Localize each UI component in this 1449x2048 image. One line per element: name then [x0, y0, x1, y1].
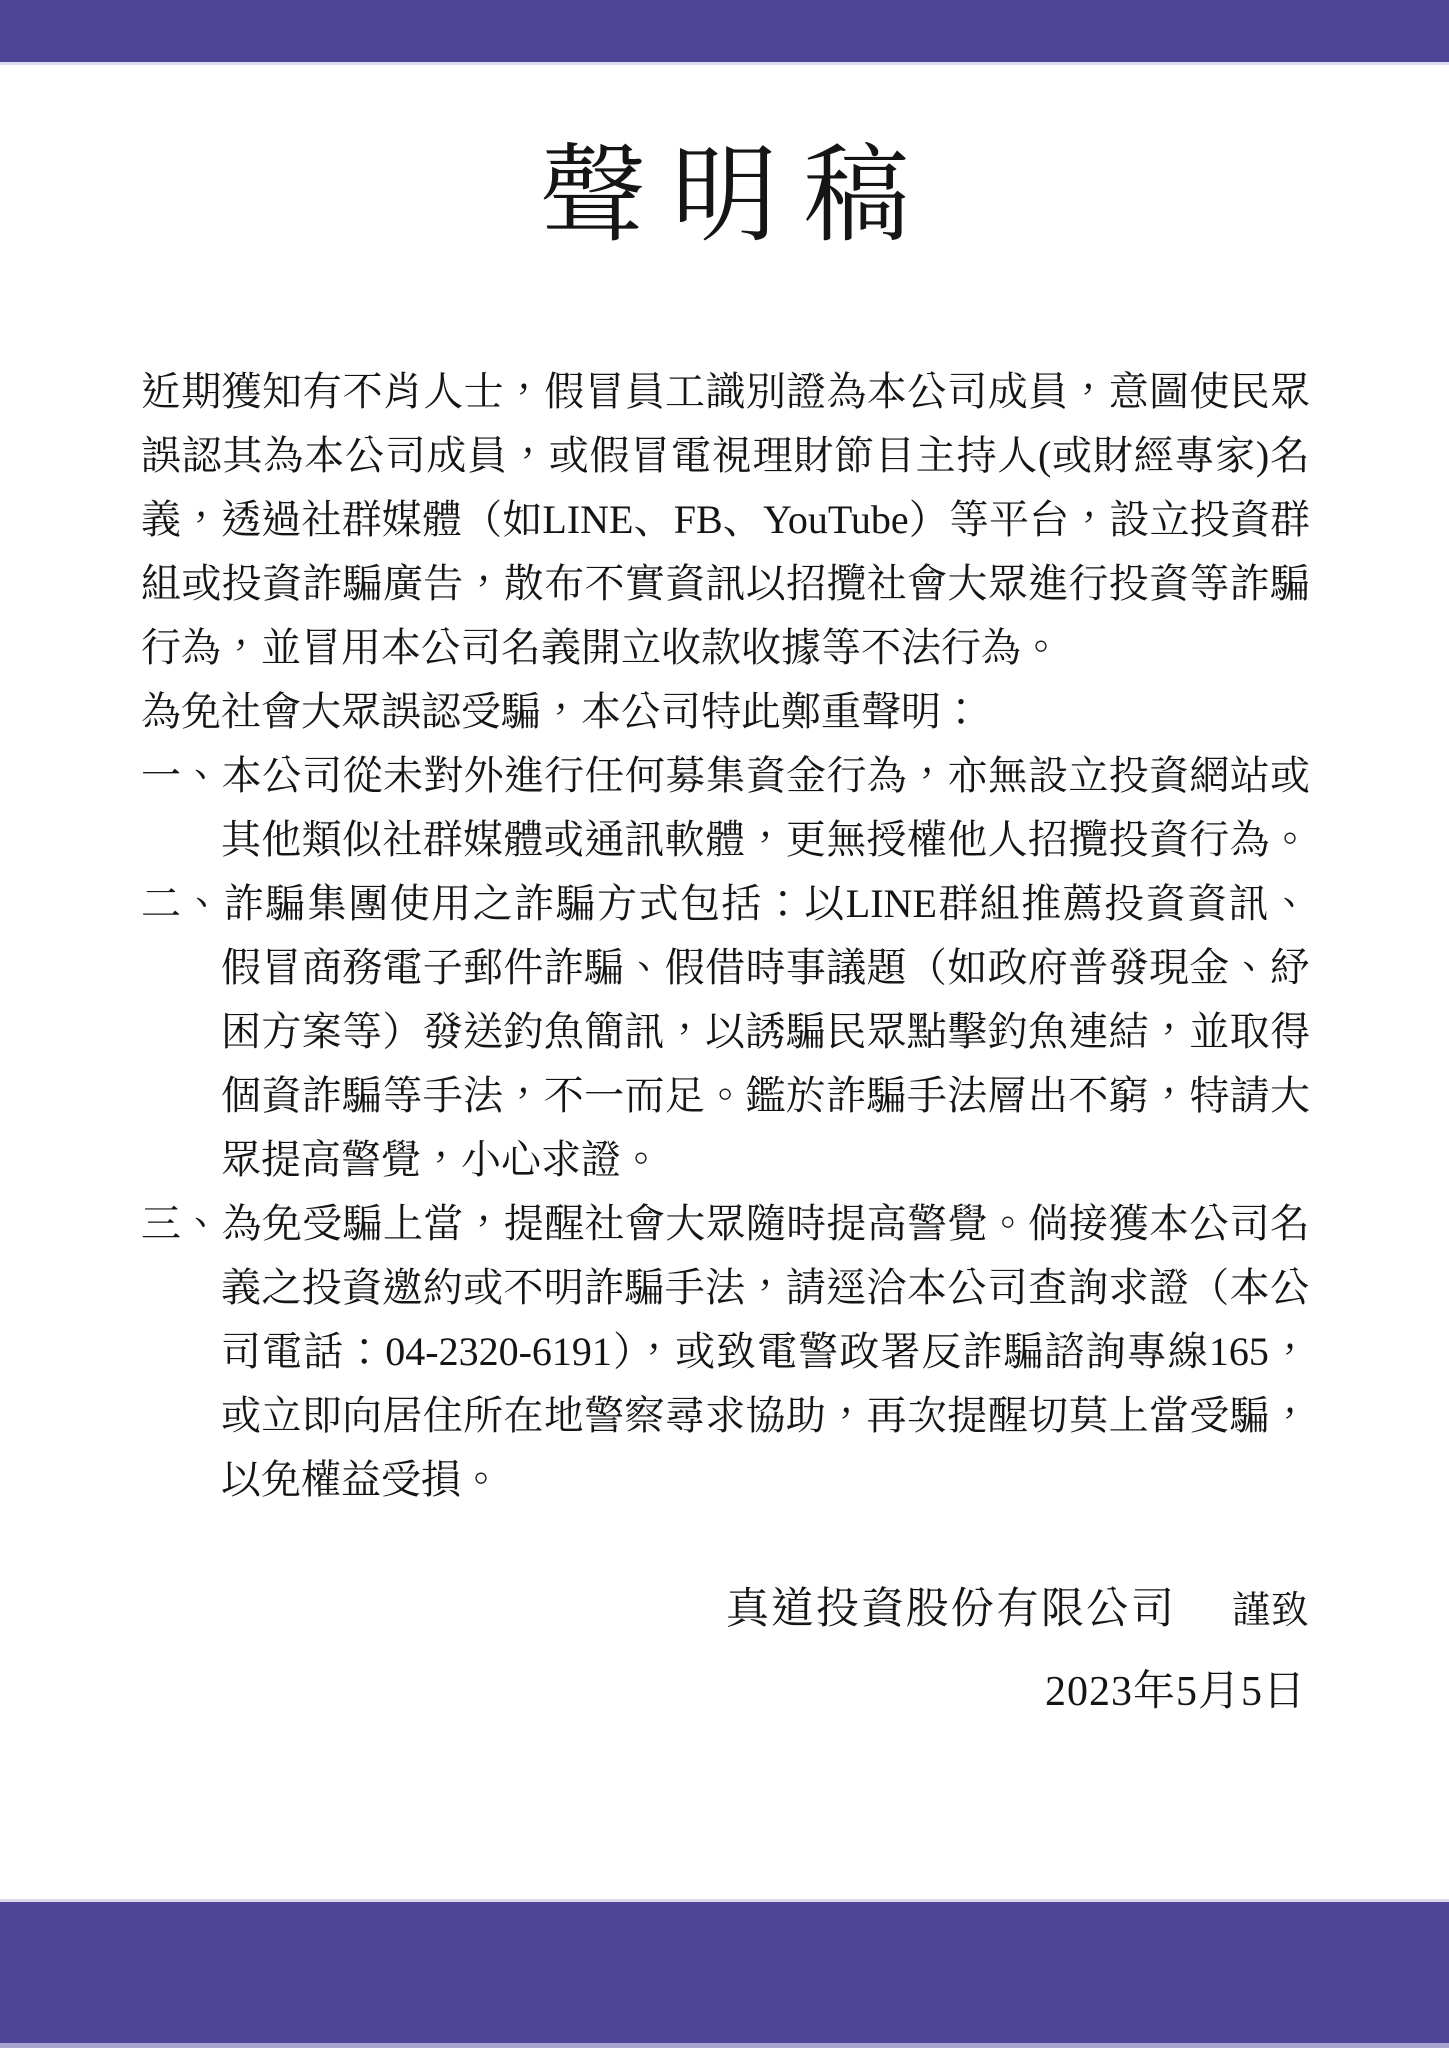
list-item-text: 為免受騙上當，提醒社會大眾隨時提高警覺。倘接獲本公司名	[222, 1201, 1310, 1246]
declaration-line: 為免社會大眾誤認受騙，本公司特此鄭重聲明：	[141, 680, 1310, 744]
list-item-number: 一、	[141, 753, 222, 798]
company-name: 真道投資股份有限公司	[726, 1586, 1176, 1633]
list-item-line: 個資詐騙等手法，不一而足。鑑於詐騙手法層出不窮，特請大	[141, 1064, 1310, 1128]
list-item-text: 本公司從未對外進行任何募集資金行為，亦無設立投資網站或	[222, 753, 1310, 798]
closing-salutation: 謹致	[1232, 1590, 1310, 1632]
list-item-line: 假冒商務電子郵件詐騙、假借時事議題（如政府普發現金、紓	[141, 936, 1310, 1000]
list-item-line: 二、詐騙集團使用之詐騙方式包括：以LINE群組推薦投資資訊、	[141, 872, 1310, 936]
list-item-line: 其他類似社群媒體或通訊軟體，更無授權他人招攬投資行為。	[141, 808, 1310, 872]
list-item-line: 以免權益受損。	[141, 1448, 1310, 1512]
header-accent-bar	[0, 0, 1449, 65]
statement-date: 2023年5月5日	[141, 1660, 1310, 1724]
list-item-text: 詐騙集團使用之詐騙方式包括：以LINE群組推薦投資資訊、	[224, 881, 1310, 926]
document-title: 聲明稿	[0, 141, 1449, 253]
list-item-line: 眾提高警覺，小心求證。	[141, 1128, 1310, 1192]
footer-accent-bar	[0, 1899, 1449, 2048]
list-item-line: 困方案等）發送釣魚簡訊，以誘騙民眾點擊釣魚連結，並取得	[141, 1000, 1310, 1064]
list-item-line: 或立即向居住所在地警察尋求協助，再次提醒切莫上當受騙，	[141, 1384, 1310, 1448]
list-item-line: 義之投資邀約或不明詐騙手法，請逕洽本公司查詢求證（本公	[141, 1256, 1310, 1320]
statement-page: 聲明稿 近期獲知有不肖人士，假冒員工識別證為本公司成員，意圖使民眾 誤認其為本公…	[0, 0, 1449, 2048]
body-line: 義，透過社群媒體（如LINE、FB、YouTube）等平台，設立投資群	[141, 488, 1310, 552]
list-item-number: 三、	[141, 1201, 222, 1246]
body-line: 行為，並冒用本公司名義開立收款收據等不法行為。	[141, 616, 1310, 680]
signature: 真道投資股份有限公司謹致	[141, 1578, 1310, 1642]
body-line: 誤認其為本公司成員，或假冒電視理財節目主持人(或財經專家)名	[141, 424, 1310, 488]
list-item-line: 司電話：04-2320-6191），或致電警政署反詐騙諮詢專線165，	[141, 1320, 1310, 1384]
list-item-line: 一、本公司從未對外進行任何募集資金行為，亦無設立投資網站或	[141, 744, 1310, 808]
footer-edge-line	[0, 2043, 1449, 2048]
list-item-line: 三、為免受騙上當，提醒社會大眾隨時提高警覺。倘接獲本公司名	[141, 1192, 1310, 1256]
body-line: 組或投資詐騙廣告，散布不實資訊以招攬社會大眾進行投資等詐騙	[141, 552, 1310, 616]
statement-body: 近期獲知有不肖人士，假冒員工識別證為本公司成員，意圖使民眾 誤認其為本公司成員，…	[141, 360, 1310, 1724]
body-line: 近期獲知有不肖人士，假冒員工識別證為本公司成員，意圖使民眾	[141, 360, 1310, 424]
list-item-number: 二、	[141, 881, 224, 926]
